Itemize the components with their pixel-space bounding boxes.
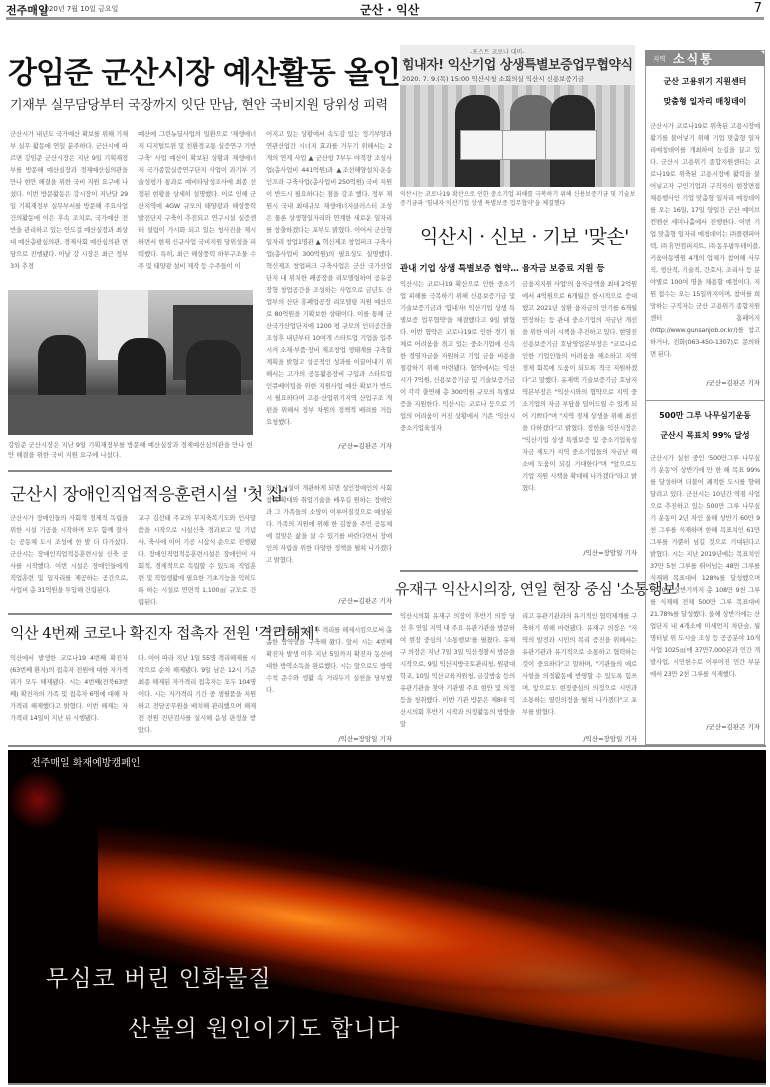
article2-col2: 금융지지원 사업'의 융자금액을 최대 2억원에서 4억원으로 6개월간 한시적… xyxy=(522,278,637,546)
ad-campaign-title: 전주매일 화재예방캠페인 xyxy=(31,754,140,769)
article4-col1: 익산에서 발생한 코로나19 4번째 확진자(63번째 환자)의 접촉자 전원에… xyxy=(10,652,128,744)
ad-divider xyxy=(8,745,766,747)
section-title: 군산 · 익산 xyxy=(360,1,419,18)
section-divider xyxy=(8,470,392,472)
article3-col1: 군산시가 장애인들의 사회적 경제적 독립을 위한 시설 기공을 시작하며 모두… xyxy=(10,512,128,607)
article2-subhead: 관내 기업 상생 특별보증 협약… 융자금 보증료 지원 등 xyxy=(400,262,605,274)
article5-col1: 익산시의회 유재구 의장이 후반기 의장 당선 후 연일 지역 내 주요 유관기… xyxy=(400,610,515,742)
agreement-photo: -포스트 코로나 대비- 힘내자! 익산기업 상생특별보증업무협약식 2020.… xyxy=(400,45,635,187)
article3-col2: 교구 김선태 주교의 무지축복기도와 인사말씀을 시작으로 시설신축 경과보고 … xyxy=(138,512,256,607)
meeting-photo-caption: 강임준 군산시장은 지난 9일 기획재정부를 방문해 예산실장과 경제예산심의관… xyxy=(8,440,258,460)
page-number: 7 xyxy=(754,1,762,16)
sidebar-item2-byline: /군산=김판곤 기자 xyxy=(650,722,760,731)
fire-prevention-ad: 전주매일 화재예방캠페인 무심코 버린 인화물질 산불의 원인이기도 합니다 xyxy=(8,750,766,1085)
article1-col2: 예산에 그린뉴딜사업의 일환으로 '재생에너지 디지털트윈 및 친환경교통 실증… xyxy=(138,128,256,288)
masthead-rule xyxy=(6,17,764,20)
article3-byline: /군산=김판곤 기자 xyxy=(266,596,392,605)
sidebar-header: 지역 소식통 xyxy=(645,50,765,66)
article1-col3: 어지고 있는 상황에서 속도감 있는 정기부양과 연관산업간 시너지 효과를 거… xyxy=(266,128,392,438)
section-divider xyxy=(400,570,638,572)
ad-glow xyxy=(8,770,68,830)
sidebar-item1-byline: /군산=김판곤 기자 xyxy=(650,378,760,387)
article1-subhead: 기재부 실무담당부터 국장까지 잇단 만남, 현안 국비지원 당위성 피력 xyxy=(10,94,388,113)
bottom-rule xyxy=(8,1083,766,1085)
issue-date: 2020년 7월 10일 금요일 xyxy=(40,4,118,14)
sidebar-item1-title1: 군산 고용위기 지원센터 xyxy=(650,72,760,92)
article3-headline: 군산시 장애인직업적응훈련시설 '첫 삽' xyxy=(10,480,288,505)
sidebar-item2-title1: 500만 그루 나무심기운동 xyxy=(650,406,760,426)
sidebar-divider xyxy=(645,400,765,401)
masthead: 전주매일 2020년 7월 10일 금요일 군산 · 익산 7 xyxy=(0,0,770,18)
ad-slogan-line1: 무심코 버린 인화물질 xyxy=(46,960,272,993)
article2-col1: 익산시는 코로나19 확산으로 인한 중소기업 피해를 극복하기 위해 신용보증… xyxy=(400,278,515,558)
article3-col3: 있다. 시설이 개관하게 되면 성인장애인의 사회참여 확대와 취업기술을 배우… xyxy=(266,482,392,594)
article4-byline: /익산=장암일 기자 xyxy=(266,734,392,743)
article5-col2: 리고 유관기관과의 유기적인 협력체계를 구축하기 위해 마련됐다. 유재구 의… xyxy=(522,610,637,730)
banner-main-text: 힘내자! 익산기업 상생특별보증업무협약식 xyxy=(402,54,633,73)
article2-headline: 익산시 · 신보 · 기보 '맞손' xyxy=(420,222,629,249)
article5-headline: 유재구 익산시의장, 연일 현장 중심 '소통행보' xyxy=(395,578,680,599)
article2-byline: /익산=장암일 기자 xyxy=(522,548,637,557)
sidebar-item2-body: 군산시가 실천 중인 '500만그루 나무심기 운동'이 상반기에 만 한 해 … xyxy=(650,452,760,716)
meeting-photo xyxy=(8,290,253,435)
sidebar-item1-body: 군산시가 코로나19로 위축된 고용시장에 활기를 불어넣기 위해 기업 맞춤형… xyxy=(650,120,760,376)
article4-col3: 음성 판정을 받은 후 격리를 해제시킴으로써 촘촘한 방역망을 구축해 왔다.… xyxy=(266,624,392,732)
article4-col2: 다. 이어 따라 지난 1일 55명 격리해제를 시작으로 순차 해제됐다. 9… xyxy=(138,652,256,744)
article1-byline: /군산=김판곤 기자 xyxy=(266,441,392,450)
agreement-photo-caption: 익산시는 코로나19 확산으로 인한 중소기업 피해를 극복하기 위해 신용보증… xyxy=(400,190,640,208)
article5-byline: /익산=장암일 기자 xyxy=(522,734,637,743)
sidebar-label-small: 지역 xyxy=(653,54,666,63)
banner-sub-text: 2020. 7. 9.(목) 15:00 익산시청 소회의실 익산시 신용보증기… xyxy=(402,74,584,83)
section-divider xyxy=(8,613,392,615)
ad-slogan-line2: 산불의 원인이기도 합니다 xyxy=(128,1010,400,1043)
article1-col1: 군산시가 내년도 국가예산 확보를 위해 기재부 실무 활동에 연일 분주하다.… xyxy=(10,128,128,288)
article1-headline: 강임준 군산시장 예산활동 올인 xyxy=(8,48,400,92)
sidebar-item2-title2: 군산시 목표치 99% 달성 xyxy=(650,426,760,446)
sidebar-item1-title2: 맞춤형 일자리 매칭데이 xyxy=(650,92,760,112)
sidebar-label-big: 소식통 xyxy=(673,50,714,67)
